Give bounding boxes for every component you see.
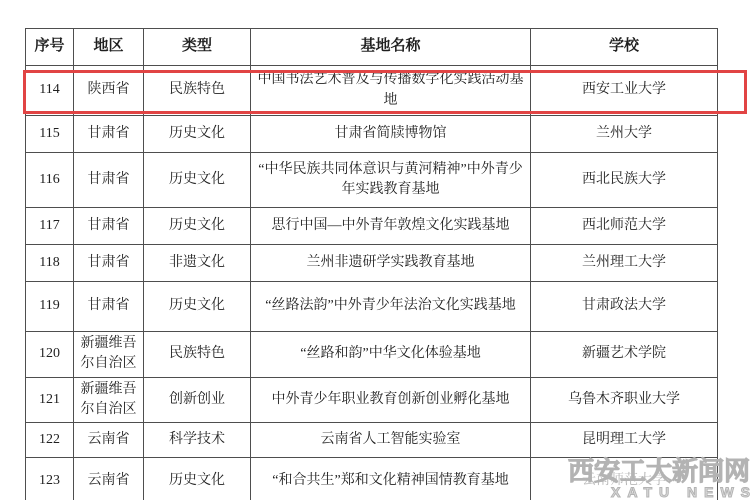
table-header: 序号 地区 类型 基地名称 学校 xyxy=(26,29,718,66)
table-row: 122云南省科学技术云南省人工智能实验室昆明理工大学 xyxy=(26,423,718,458)
cell-no: 118 xyxy=(26,245,74,282)
cell-region: 甘肃省 xyxy=(74,116,144,153)
table-row: 123云南省历史文化“和合共生”郑和文化精神国情教育基地云南师范大学 xyxy=(26,458,718,500)
cell-type: 创新创业 xyxy=(144,377,251,423)
cell-region: 云南省 xyxy=(74,423,144,458)
cell-region: 甘肃省 xyxy=(74,208,144,245)
cell-base: 中外青少年职业教育创新创业孵化基地 xyxy=(251,377,531,423)
cell-no: 114 xyxy=(26,66,74,116)
cell-base: “和合共生”郑和文化精神国情教育基地 xyxy=(251,458,531,500)
cell-base: 兰州非遗研学实践教育基地 xyxy=(251,245,531,282)
cell-school: 乌鲁木齐职业大学 xyxy=(531,377,718,423)
table-row: 120新疆维吾尔自治区民族特色“丝路和韵”中华文化体验基地新疆艺术学院 xyxy=(26,332,718,378)
cell-school: 西安工业大学 xyxy=(531,66,718,116)
cell-school: 新疆艺术学院 xyxy=(531,332,718,378)
cell-region: 云南省 xyxy=(74,458,144,500)
header-cell-no: 序号 xyxy=(26,29,74,66)
cell-region: 甘肃省 xyxy=(74,245,144,282)
cell-base: “中华民族共同体意识与黄河精神”中外青少年实践教育基地 xyxy=(251,153,531,208)
cell-no: 122 xyxy=(26,423,74,458)
base-list-table: 序号 地区 类型 基地名称 学校 114陕西省民族特色中国书法艺术普及与传播数字… xyxy=(25,28,718,500)
header-cell-school: 学校 xyxy=(531,29,718,66)
table-header-row: 序号 地区 类型 基地名称 学校 xyxy=(26,29,718,66)
cell-school: 兰州理工大学 xyxy=(531,245,718,282)
cell-base: “丝路和韵”中华文化体验基地 xyxy=(251,332,531,378)
table-row: 119甘肃省历史文化“丝路法韵”中外青少年法治文化实践基地甘肃政法大学 xyxy=(26,282,718,332)
header-cell-region: 地区 xyxy=(74,29,144,66)
cell-type: 科学技术 xyxy=(144,423,251,458)
table-row: 116甘肃省历史文化“中华民族共同体意识与黄河精神”中外青少年实践教育基地西北民… xyxy=(26,153,718,208)
cell-base: 思行中国—中外青年敦煌文化实践基地 xyxy=(251,208,531,245)
cell-region: 陕西省 xyxy=(74,66,144,116)
cell-no: 115 xyxy=(26,116,74,153)
cell-school: 西北师范大学 xyxy=(531,208,718,245)
cell-region: 甘肃省 xyxy=(74,153,144,208)
cell-school: 昆明理工大学 xyxy=(531,423,718,458)
cell-type: 历史文化 xyxy=(144,116,251,153)
cell-type: 历史文化 xyxy=(144,153,251,208)
cell-no: 121 xyxy=(26,377,74,423)
table-row-highlighted: 114陕西省民族特色中国书法艺术普及与传播数字化实践活动基地西安工业大学 xyxy=(26,66,718,116)
table-body: 114陕西省民族特色中国书法艺术普及与传播数字化实践活动基地西安工业大学115甘… xyxy=(26,66,718,500)
cell-type: 非遗文化 xyxy=(144,245,251,282)
cell-base: “丝路法韵”中外青少年法治文化实践基地 xyxy=(251,282,531,332)
cell-base: 甘肃省简牍博物馆 xyxy=(251,116,531,153)
cell-no: 116 xyxy=(26,153,74,208)
table-row: 121新疆维吾尔自治区创新创业中外青少年职业教育创新创业孵化基地乌鲁木齐职业大学 xyxy=(26,377,718,423)
cell-base: 云南省人工智能实验室 xyxy=(251,423,531,458)
cell-type: 历史文化 xyxy=(144,208,251,245)
table-row: 117甘肃省历史文化思行中国—中外青年敦煌文化实践基地西北师范大学 xyxy=(26,208,718,245)
cell-region: 甘肃省 xyxy=(74,282,144,332)
cell-type: 民族特色 xyxy=(144,66,251,116)
table-row: 115甘肃省历史文化甘肃省简牍博物馆兰州大学 xyxy=(26,116,718,153)
cell-region: 新疆维吾尔自治区 xyxy=(74,377,144,423)
cell-school: 兰州大学 xyxy=(531,116,718,153)
cell-school: 甘肃政法大学 xyxy=(531,282,718,332)
cell-school: 云南师范大学 xyxy=(531,458,718,500)
cell-no: 123 xyxy=(26,458,74,500)
table-row: 118甘肃省非遗文化兰州非遗研学实践教育基地兰州理工大学 xyxy=(26,245,718,282)
cell-no: 120 xyxy=(26,332,74,378)
cell-school: 西北民族大学 xyxy=(531,153,718,208)
document-page: 序号 地区 类型 基地名称 学校 114陕西省民族特色中国书法艺术普及与传播数字… xyxy=(0,0,750,500)
cell-base: 中国书法艺术普及与传播数字化实践活动基地 xyxy=(251,66,531,116)
header-cell-base: 基地名称 xyxy=(251,29,531,66)
cell-type: 民族特色 xyxy=(144,332,251,378)
cell-region: 新疆维吾尔自治区 xyxy=(74,332,144,378)
header-cell-type: 类型 xyxy=(144,29,251,66)
cell-no: 117 xyxy=(26,208,74,245)
cell-type: 历史文化 xyxy=(144,282,251,332)
cell-no: 119 xyxy=(26,282,74,332)
cell-type: 历史文化 xyxy=(144,458,251,500)
